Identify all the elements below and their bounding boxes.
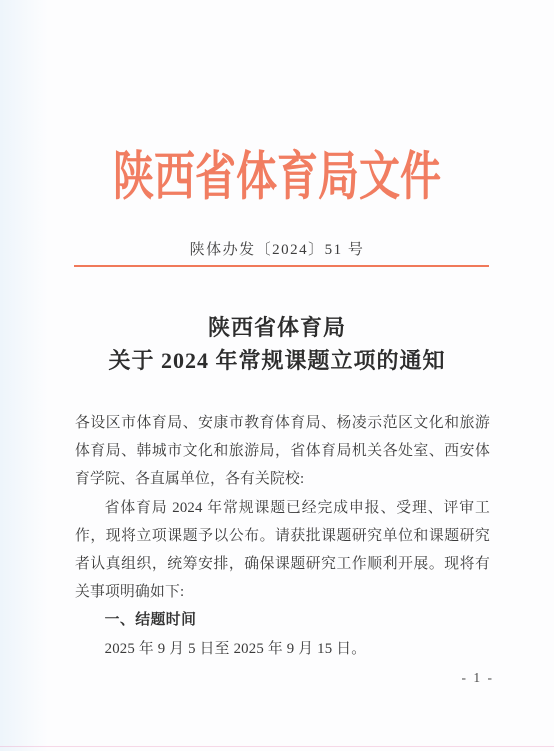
section-1-body: 2025 年 9 月 5 日至 2025 年 9 月 15 日。: [75, 635, 490, 663]
scan-edge-artifact: [0, 746, 554, 747]
recipients-paragraph: 各设区市体育局、安康市教育体育局、杨凌示范区文化和旅游体育局、韩城市文化和旅游局…: [75, 409, 490, 494]
scanned-document-page: 陕西省体育局文件 陕体办发〔2024〕51 号 陕西省体育局 关于 2024 年…: [0, 0, 554, 751]
document-body: 各设区市体育局、安康市教育体育局、杨凌示范区文化和旅游体育局、韩城市文化和旅游局…: [75, 409, 490, 663]
letterhead-agency-title: 陕西省体育局文件: [0, 134, 554, 210]
red-divider-rule: [74, 265, 489, 267]
notice-title: 陕西省体育局 关于 2024 年常规课题立项的通知: [0, 311, 554, 377]
intro-paragraph: 省体育局 2024 年常规课题已经完成申报、受理、评审工作，现将立项课题予以公布…: [75, 494, 490, 607]
page-number: - 1 -: [462, 670, 495, 686]
notice-title-line1: 陕西省体育局: [0, 311, 554, 344]
notice-title-line2: 关于 2024 年常规课题立项的通知: [0, 344, 554, 377]
section-1-heading: 一、结题时间: [75, 606, 490, 634]
document-reference-number: 陕体办发〔2024〕51 号: [0, 238, 554, 259]
